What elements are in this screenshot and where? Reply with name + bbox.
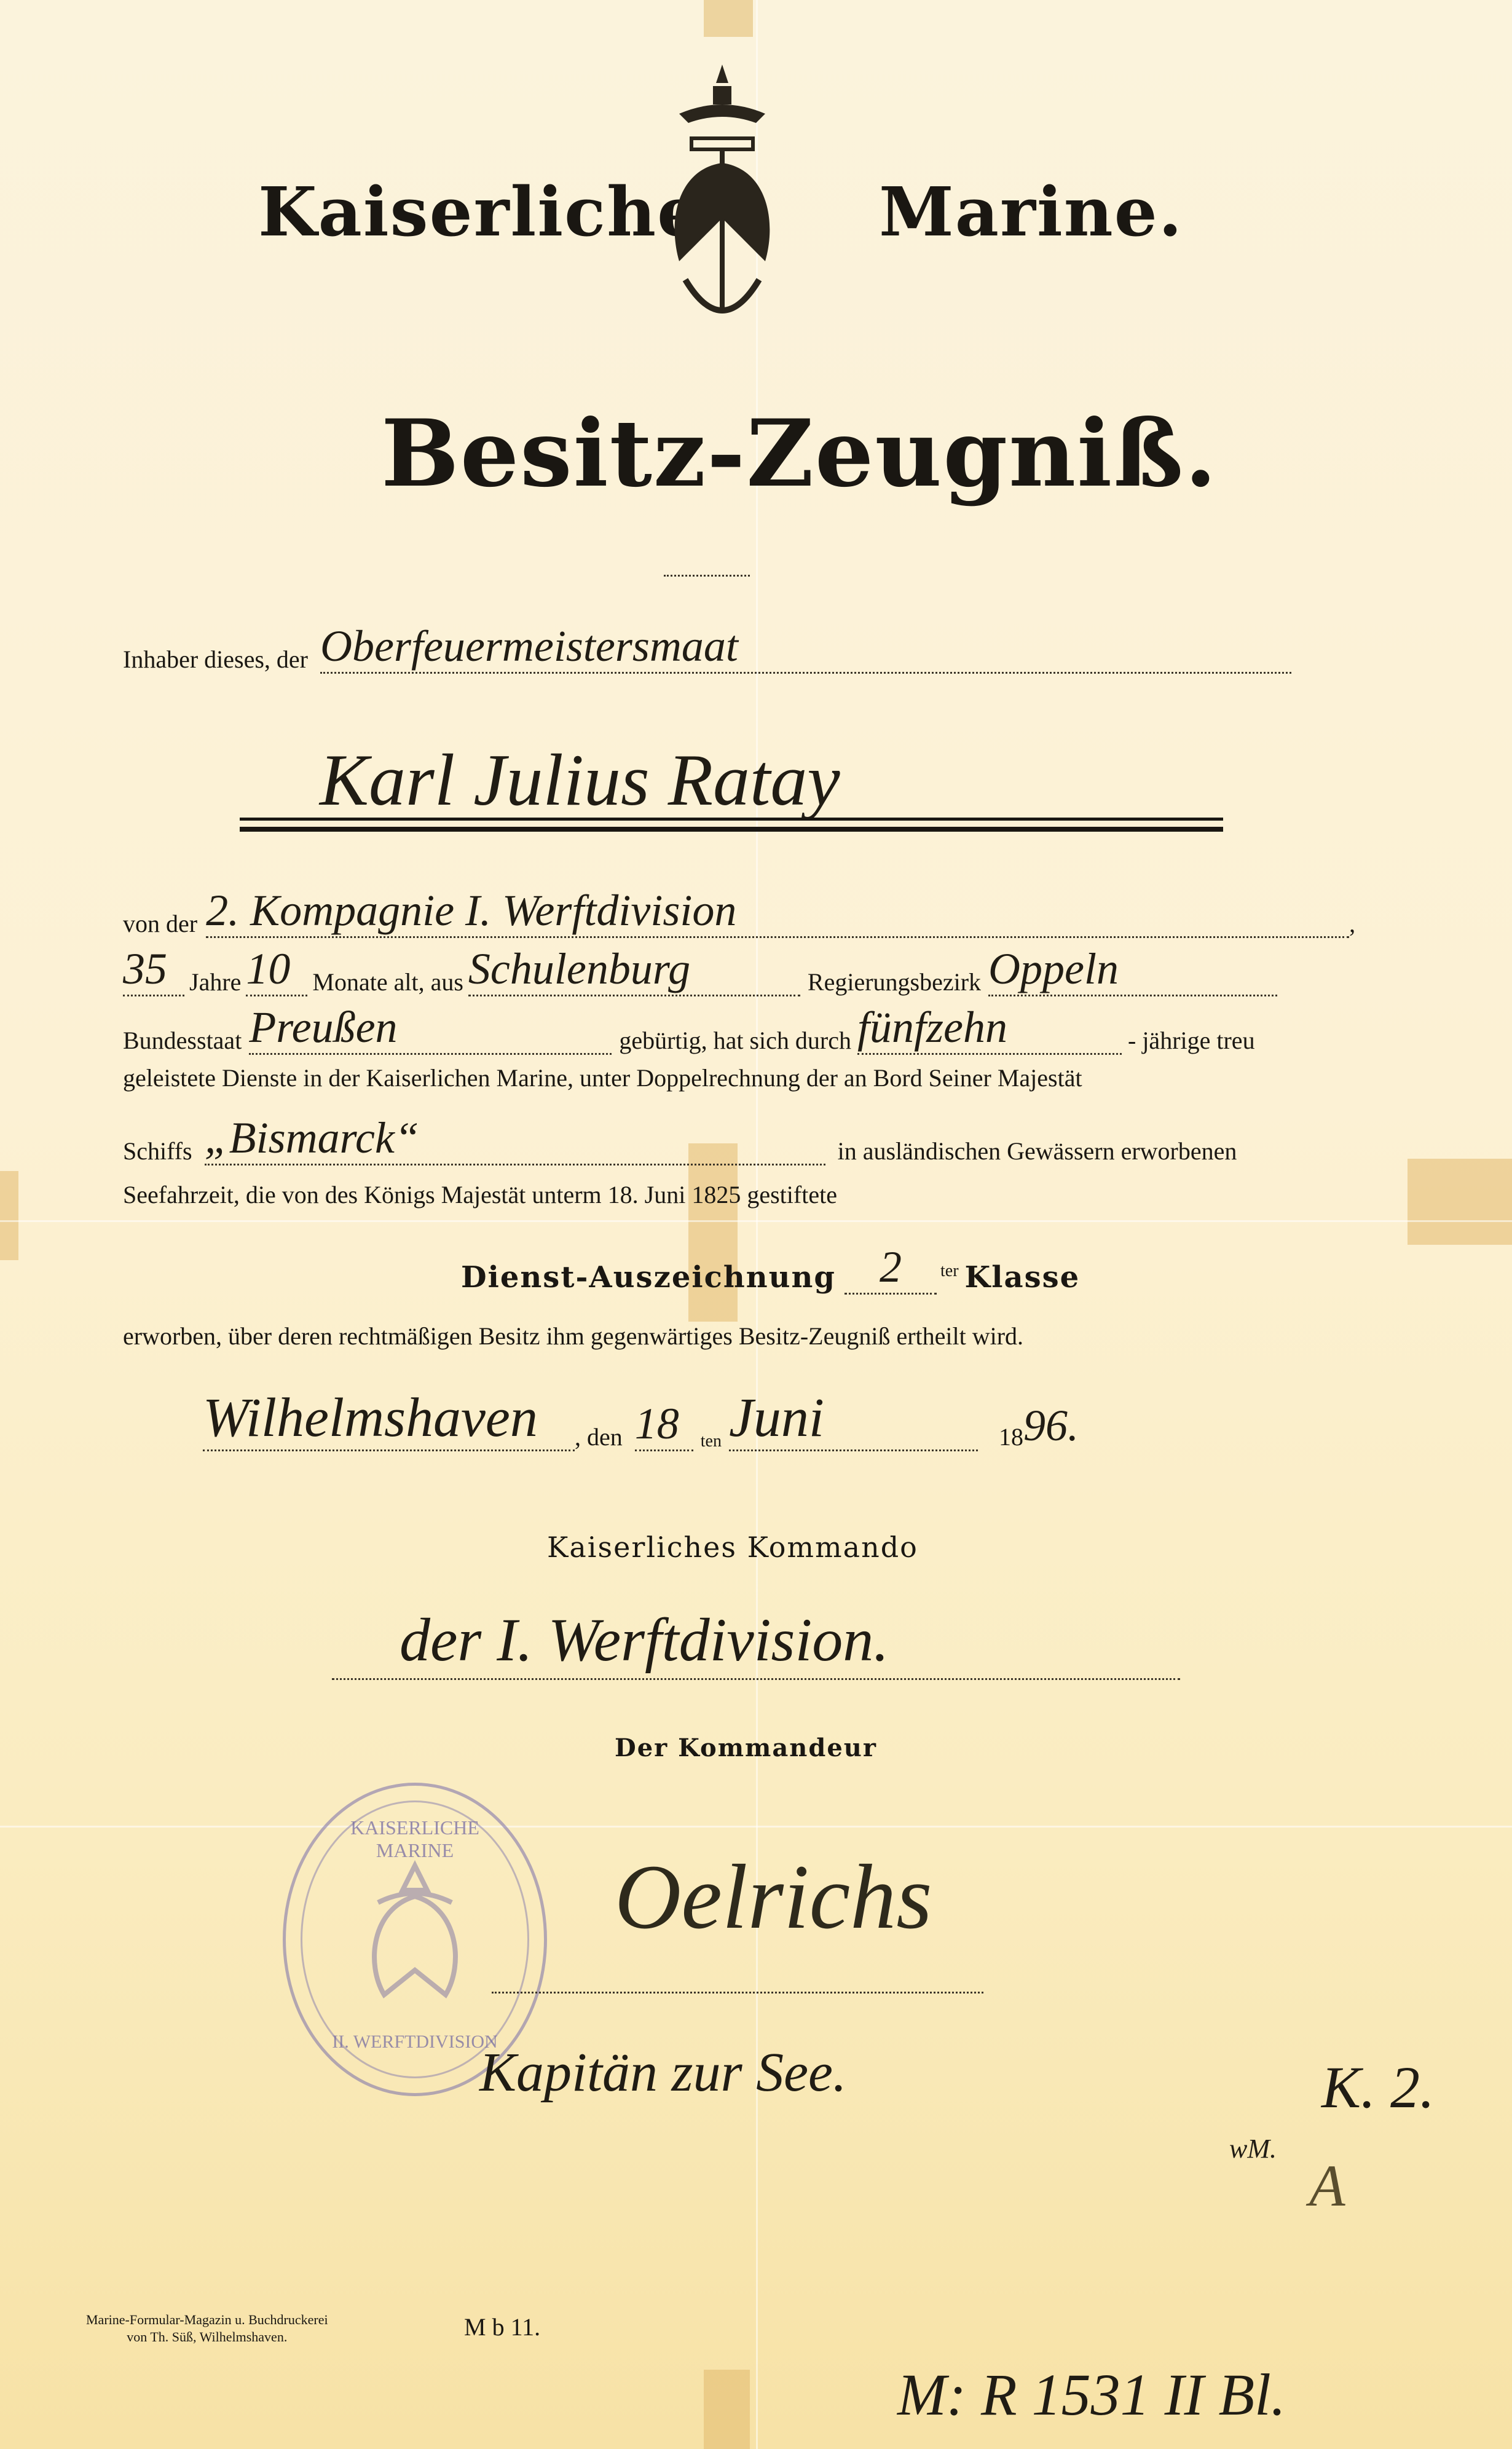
commander-rank: Kapitän zur See.	[479, 2041, 846, 2104]
form-code: M b 11.	[464, 2313, 540, 2341]
fold-horizontal-2	[0, 1826, 1512, 1828]
company-line: von der 2. Kompagnie I. Werftdivision ,	[123, 885, 1355, 938]
state-label: Bundesstaat	[123, 1026, 242, 1055]
award-label: Dienst-Auszeichnung	[461, 1260, 836, 1295]
company-suffix: ,	[1349, 909, 1355, 938]
title-ornament	[664, 575, 750, 577]
tape-strip-top	[704, 0, 753, 37]
annotation-k2: K. 2.	[1321, 2053, 1435, 2121]
imperial-eagle-anchor-crown-icon	[655, 58, 790, 341]
printer-line-2: von Th. Süß, Wilhelmshaven.	[86, 2329, 328, 2346]
service-tail-text: - jährige treu	[1128, 1026, 1255, 1055]
state-field: Preußen	[249, 1002, 612, 1055]
commander-signature: Oelrichs	[615, 1844, 932, 1950]
months-label: Monate alt, aus	[312, 968, 463, 996]
archive-reference: M: R 1531 II Bl.	[897, 2360, 1286, 2429]
holder-rank-field: Oberfeuermeistersmaat	[320, 621, 1291, 674]
date-month-field: Juni	[729, 1386, 978, 1451]
service-years-field: fünfzehn	[857, 1002, 1122, 1055]
fold-horizontal-1	[0, 1220, 1512, 1222]
issuance-text: erworben, über deren rechtmäßigen Besitz…	[123, 1322, 1023, 1351]
holder-label: Inhaber dieses, der	[123, 645, 308, 674]
award-ordinal: ter	[940, 1261, 959, 1281]
header-left-word: Kaiserliche	[258, 172, 701, 251]
annotation-initial: A	[1309, 2151, 1345, 2220]
document-title: Besitz-Zeugniß.	[381, 400, 1218, 508]
age-years-field: 35	[123, 944, 184, 996]
ship-tail-text: in ausländischen Gewässern erworbenen	[838, 1137, 1237, 1165]
date-day-suffix: ten	[701, 1432, 722, 1451]
date-den: , den	[575, 1422, 623, 1451]
tape-strip-right	[1408, 1159, 1512, 1245]
annotation-wm: wM.	[1229, 2133, 1277, 2164]
ship-name-field: „Bismarck“	[205, 1113, 825, 1165]
sea-time-text: Seefahrzeit, die von des Königs Majestät…	[123, 1180, 837, 1209]
company-label: von der	[123, 909, 197, 938]
origin-place-field: Schulenburg	[468, 944, 800, 996]
commander-label: Der Kommandeur	[615, 1733, 877, 1762]
printer-line-1: Marine-Formular-Magazin u. Buchdruckerei	[86, 2311, 328, 2329]
district-label: Regierungsbezirk	[808, 968, 981, 996]
age-origin-line: 35 Jahre 10 Monate alt, aus Schulenburg …	[123, 944, 1277, 996]
state-service-line: Bundesstaat Preußen gebürtig, hat sich d…	[123, 1002, 1255, 1055]
signature-dotted-line	[492, 1992, 983, 1994]
command-heading: Kaiserliches Kommando	[547, 1531, 918, 1564]
district-field: Oppeln	[988, 944, 1277, 996]
unit-name: der I. Werftdivision.	[400, 1604, 889, 1675]
date-day-field: 18	[635, 1398, 693, 1451]
ship-label: Schiffs	[123, 1137, 192, 1165]
years-label: Jahre	[189, 968, 241, 996]
tape-strip-bottom	[704, 2370, 750, 2449]
holder-rank-line: Inhaber dieses, der Oberfeuermeistersmaa…	[123, 621, 1291, 674]
service-description-text: geleistete Dienste in der Kaiserlichen M…	[123, 1063, 1352, 1092]
company-field: 2. Kompagnie I. Werftdivision	[206, 885, 1349, 938]
tape-strip-mid-center	[688, 1143, 738, 1322]
header-right-word: Marine.	[879, 172, 1183, 251]
holder-name: Karl Julius Ratay	[320, 738, 840, 822]
born-text: gebürtig, hat sich durch	[619, 1026, 851, 1055]
age-months-field: 10	[246, 944, 307, 996]
date-year-suffix: 96.	[1023, 1400, 1079, 1451]
award-class-field: 2	[845, 1242, 937, 1295]
ship-line: Schiffs „Bismarck“ in ausländischen Gewä…	[123, 1113, 1237, 1165]
award-line: Dienst-Auszeichnung 2 ter Klasse	[461, 1242, 1080, 1295]
award-class-label: Klasse	[965, 1260, 1081, 1295]
printer-imprint: Marine-Formular-Magazin u. Buchdruckerei…	[86, 2311, 328, 2346]
date-year-prefix: 18	[999, 1422, 1023, 1451]
eagle-seal-icon	[353, 1853, 476, 2013]
tape-strip-left	[0, 1171, 18, 1260]
unit-dotted-line	[332, 1678, 1180, 1680]
date-line: Wilhelmshaven , den 18 ten Juni 18 96.	[203, 1386, 1079, 1451]
name-double-underline	[240, 818, 1223, 832]
date-place-field: Wilhelmshaven	[203, 1386, 575, 1451]
